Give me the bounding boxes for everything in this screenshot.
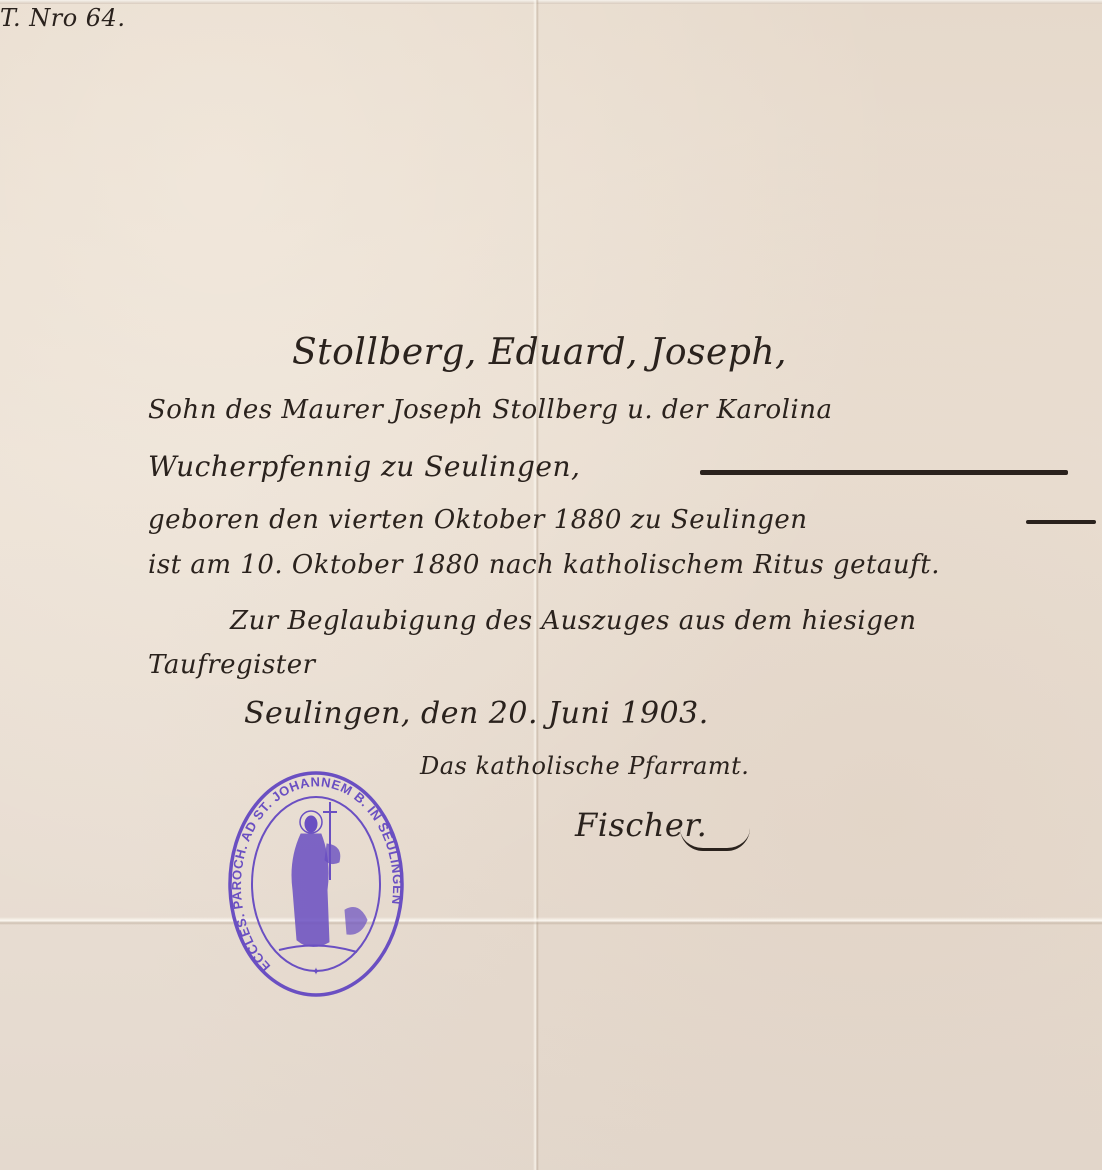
filler-dash-short [1026,520,1096,524]
saint-john-emblem-icon [279,802,367,952]
register-reference-number: T. Nro 64. [0,4,125,32]
filler-dash [700,470,1068,475]
baptism-date-line: ist am 10. Oktober 1880 nach katholische… [148,550,940,580]
attestation-line: Zur Beglaubigung des Auszuges aus dem hi… [230,606,916,636]
place-and-date: Seulingen, den 20. Juni 1903. [244,696,709,731]
seal-bottom-ornament: ✦ [311,965,320,978]
parish-seal-stamp: ECCLES. PAROCH. AD ST. JOHANNEM B. IN SE… [227,770,405,998]
issuing-office: Das katholische Pfarramt. [420,752,749,780]
mother-surname-place-line: Wucherpfennig zu Seulingen, [148,450,580,483]
vertical-fold-crease [533,0,539,1170]
parents-line: Sohn des Maurer Joseph Stollberg u. der … [148,395,833,425]
paper-top-edge [0,0,1102,4]
birth-date-line: geboren den vierten Oktober 1880 zu Seul… [148,505,808,535]
document-page: T. Nro 64. Stollberg, Eduard, Joseph, So… [0,0,1102,1170]
signature-flourish [680,828,750,851]
register-name-line: Taufregister [148,650,316,680]
baptized-person-name: Stollberg, Eduard, Joseph, [292,332,787,373]
horizontal-fold-crease [0,917,1102,925]
